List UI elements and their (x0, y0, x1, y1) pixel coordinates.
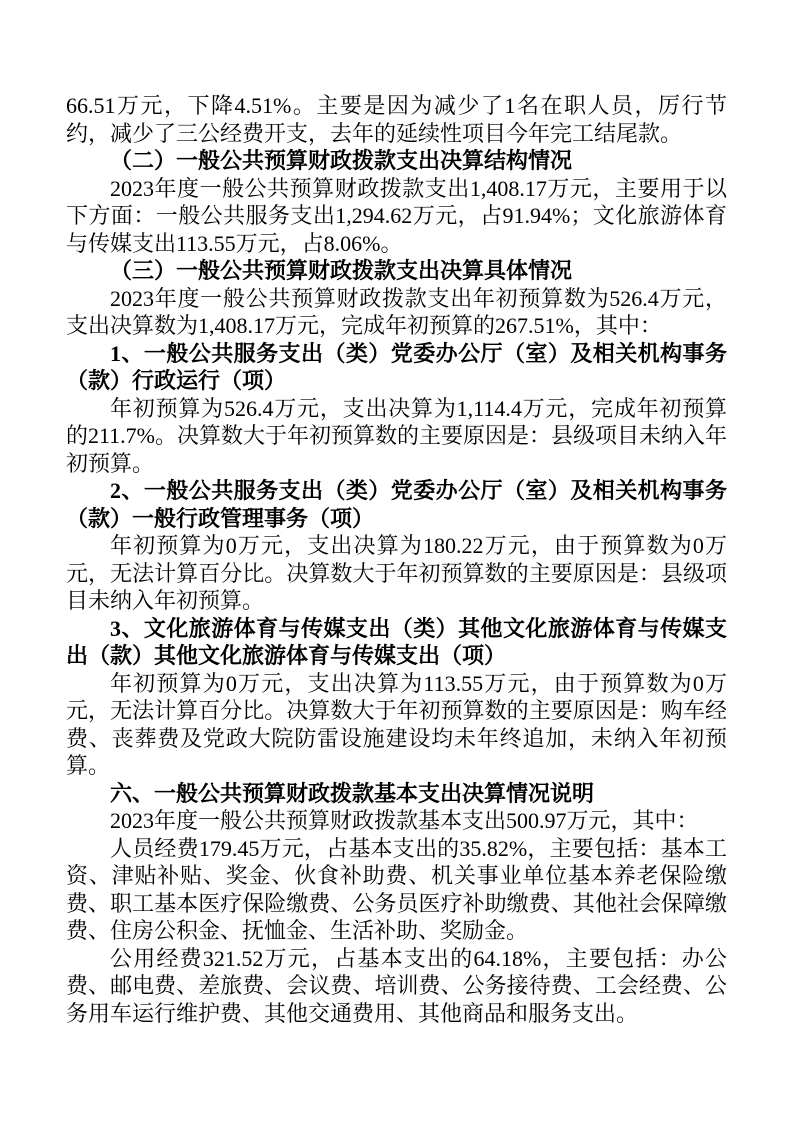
section-heading-structure-overview: （二）一般公共预算财政拨款支出决算结构情况 (66, 147, 727, 175)
section-heading-basic-expenditure: 六、一般公共预算财政拨款基本支出决算情况说明 (66, 780, 727, 808)
paragraph-item-2-detail: 年初预算为0万元，支出决算为180.22万元，由于预算数为0万元，无法计算百分比… (66, 532, 727, 615)
item-heading-3-culture-tourism-media: 3、文化旅游体育与传媒支出（类）其他文化旅游体育与传媒支出（款）其他文化旅游体育… (66, 615, 727, 670)
paragraph-item-1-detail: 年初预算为526.4万元，支出决算为1,114.4万元，完成年初预算的211.7… (66, 395, 727, 478)
paragraph-basic-expenditure-total: 2023年度一般公共预算财政拨款基本支出500.97万元，其中： (66, 807, 727, 835)
document-page: 66.51万元，下降4.51%。主要是因为减少了1名在职人员，厉行节约，减少了三… (0, 0, 793, 1122)
paragraph-public-funds: 公用经费321.52万元，占基本支出的64.18%，主要包括：办公费、邮电费、差… (66, 945, 727, 1028)
paragraph-item-3-detail: 年初预算为0万元，支出决算为113.55万元，由于预算数为0万元，无法计算百分比… (66, 670, 727, 780)
paragraph-personnel-funds: 人员经费179.45万元，占基本支出的35.82%，主要包括：基本工资、津贴补贴… (66, 835, 727, 945)
item-heading-2-general-admin-affairs: 2、一般公共服务支出（类）党委办公厅（室）及相关机构事务（款）一般行政管理事务（… (66, 477, 727, 532)
paragraph-expenditure-structure: 2023年度一般公共预算财政拨款支出1,408.17万元，主要用于以下方面：一般… (66, 175, 727, 258)
item-heading-1-administrative-operation: 1、一般公共服务支出（类）党委办公厅（室）及相关机构事务（款）行政运行（项） (66, 340, 727, 395)
section-heading-specific-details: （三）一般公共预算财政拨款支出决算具体情况 (66, 257, 727, 285)
paragraph-continuation-expenditure-decrease: 66.51万元，下降4.51%。主要是因为减少了1名在职人员，厉行节约，减少了三… (66, 92, 727, 147)
paragraph-budget-vs-final: 2023年度一般公共预算财政拨款支出年初预算数为526.4万元，支出决算数为1,… (66, 285, 727, 340)
